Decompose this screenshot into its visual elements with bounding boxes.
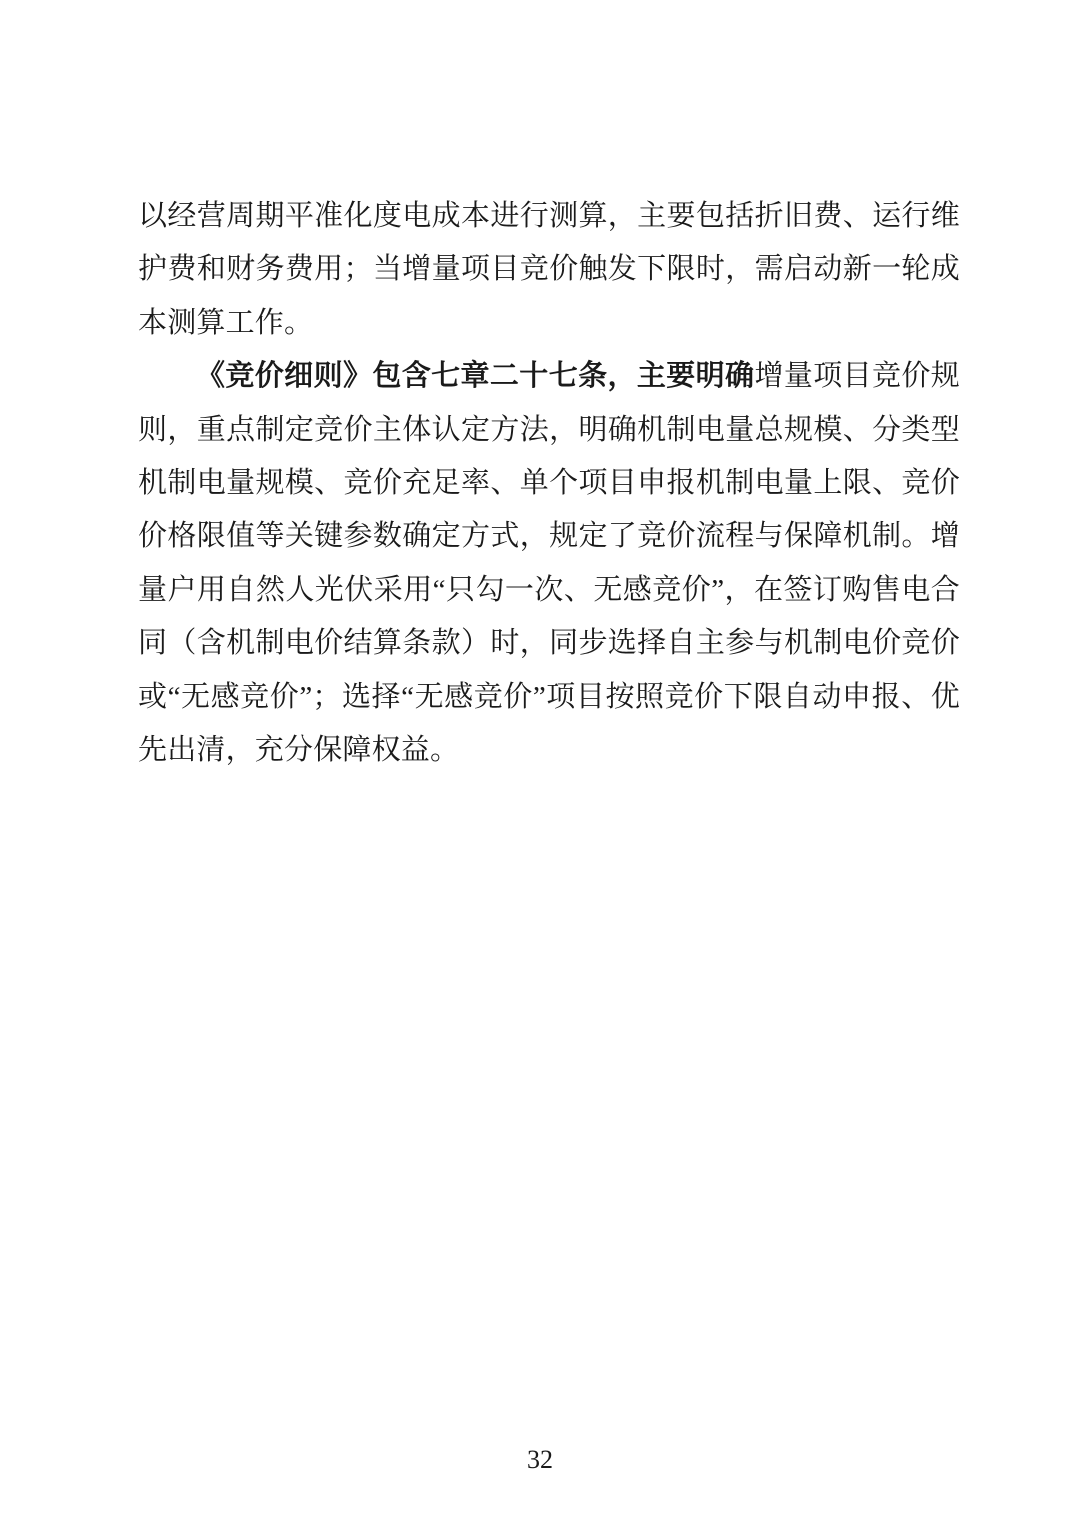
paragraph-continuation-text: 以经营周期平准化度电成本进行测算，主要包括折旧费、运行维护费和财务费用；当增量项… [138,200,960,339]
document-body: 以经营周期平准化度电成本进行测算，主要包括折旧费、运行维护费和财务费用；当增量项… [138,190,960,777]
paragraph-bidding-rules: 《竞价细则》包含七章二十七条，主要明确增量项目竞价规则，重点制定竞价主体认定方法… [138,350,960,777]
paragraph-continuation: 以经营周期平准化度电成本进行测算，主要包括折旧费、运行维护费和财务费用；当增量项… [138,190,960,350]
paragraph-bold-lead: 《竞价细则》包含七章二十七条，主要明确 [196,360,754,392]
paragraph-body-text: 增量项目竞价规则，重点制定竞价主体认定方法，明确机制电量总规模、分类型机制电量规… [138,360,960,766]
page-number: 32 [0,1446,1080,1474]
document-page: 以经营周期平准化度电成本进行测算，主要包括折旧费、运行维护费和财务费用；当增量项… [0,0,1080,1527]
